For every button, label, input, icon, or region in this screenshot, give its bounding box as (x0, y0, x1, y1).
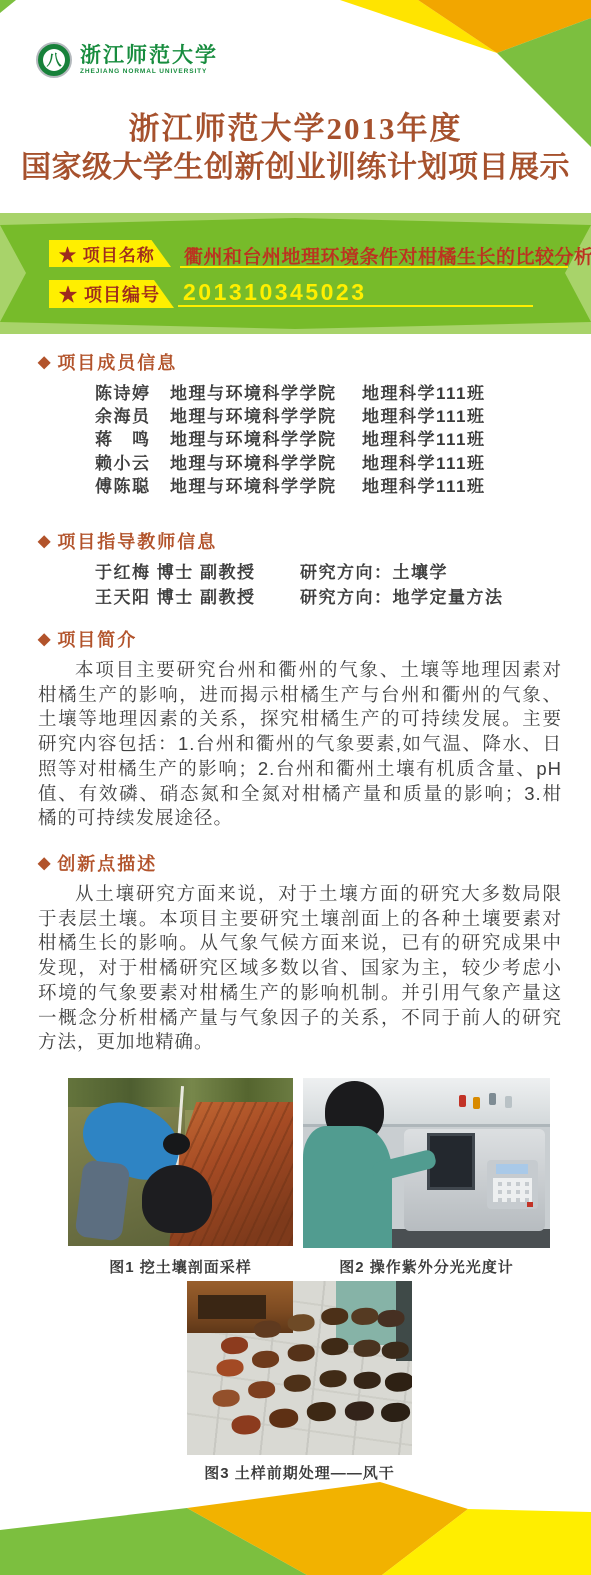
emblem-glyph: 八 (46, 53, 61, 68)
diamond-bullet-icon: ◆ (38, 352, 52, 374)
intro-body: 本项目主要研究台州和衢州的气象、土壤等地理因素对柑橘生产的影响，进而揭示柑橘生产… (38, 658, 562, 831)
advisor-name: 于红梅 博士 副教授 (95, 561, 300, 586)
figure-2-caption: 图2 操作紫外分光光度计 (303, 1256, 550, 1277)
figure-1: 图1 挖土壤剖面采样 (68, 1078, 293, 1246)
advisors-list: 于红梅 博士 副教授 研究方向：土壤学 王天阳 博士 副教授 研究方向：地学定量… (38, 561, 562, 610)
member-name: 赖小云 (95, 452, 170, 475)
advisors-heading-text: 项目指导教师信息 (57, 531, 217, 553)
member-row: 蒋 鸣 地理与环境科学学院 地理科学111班 (38, 428, 562, 451)
diamond-bullet-icon: ◆ (38, 531, 52, 553)
innovation-heading: ◆ 创新点描述 (38, 853, 562, 875)
figure-2: 图2 操作紫外分光光度计 (303, 1078, 550, 1248)
intro-heading-text: 项目简介 (57, 629, 137, 651)
member-name: 蒋 鸣 (95, 428, 170, 451)
members-heading: ◆ 项目成员信息 (38, 352, 562, 374)
innovation-heading-text: 创新点描述 (57, 853, 157, 875)
photo2-person-sweater (303, 1126, 392, 1248)
photo3-dark-corner (396, 1281, 412, 1361)
photo1-person-crouching (142, 1165, 212, 1232)
title-line-2: 国家级大学生创新创业训练计划项目展示 (0, 148, 591, 188)
member-row: 陈诗婷 地理与环境科学学院 地理科学111班 (38, 382, 562, 405)
photo2-lcd-display (496, 1164, 527, 1175)
intro-heading: ◆ 项目简介 (38, 629, 562, 651)
member-row: 傅陈聪 地理与环境科学学院 地理科学111班 (38, 475, 562, 498)
figure-3: 图3 土样前期处理——风干 (187, 1281, 412, 1455)
member-name: 余海员 (95, 405, 170, 428)
photo2-key-grid (493, 1178, 532, 1201)
member-college: 地理与环境科学学院 (170, 382, 362, 405)
advisor-direction: 研究方向：地学定量方法 (300, 586, 504, 611)
member-college: 地理与环境科学学院 (170, 475, 362, 498)
member-college: 地理与环境科学学院 (170, 428, 362, 451)
project-code-value: 201310345023 (183, 279, 367, 306)
university-emblem-icon: 八 (36, 42, 72, 78)
advisors-heading: ◆ 项目指导教师信息 (38, 531, 562, 553)
photo1-person-legs (75, 1159, 131, 1241)
member-class: 地理科学111班 (362, 382, 486, 405)
members-heading-text: 项目成员信息 (57, 352, 177, 374)
section-members: ◆ 项目成员信息 陈诗婷 地理与环境科学学院 地理科学111班 余海员 地理与环… (38, 352, 562, 498)
advisor-row: 王天阳 博士 副教授 研究方向：地学定量方法 (38, 586, 562, 611)
underline-project-name (180, 266, 568, 268)
section-intro: ◆ 项目简介 本项目主要研究台州和衢州的气象、土壤等地理因素对柑橘生产的影响，进… (38, 629, 562, 831)
project-name-label: ★ 项目名称 (49, 240, 171, 267)
project-name-value: 衢州和台州地理环境条件对柑橘生长的比较分析 (184, 242, 591, 269)
banner-ribbon (0, 213, 591, 334)
poster-title: 浙江师范大学2013年度 国家级大学生创新创业训练计划项目展示 (0, 110, 591, 188)
university-name-cn: 浙江师范大学 (80, 44, 218, 66)
figure-1-caption: 图1 挖土壤剖面采样 (68, 1256, 293, 1277)
member-class: 地理科学111班 (362, 428, 486, 451)
figure-3-caption: 图3 土样前期处理——风干 (187, 1462, 412, 1483)
photo2-keypad (487, 1160, 538, 1209)
members-list: 陈诗婷 地理与环境科学学院 地理科学111班 余海员 地理与环境科学学院 地理科… (38, 382, 562, 498)
member-class: 地理科学111班 (362, 405, 486, 428)
advisor-direction: 研究方向：土壤学 (300, 561, 448, 586)
section-innovation: ◆ 创新点描述 从土壤研究方面来说，对于土壤方面的研究大多数局限于表层土壤。本项… (38, 853, 562, 1055)
poster: 八 浙江师范大学 ZHEJIANG NORMAL UNIVERSITY 浙江师范… (0, 0, 591, 1575)
innovation-body: 从土壤研究方面来说，对于土壤方面的研究大多数局限于表层土壤。本项目主要研究土壤剖… (38, 882, 562, 1055)
photo-soil-drying (187, 1281, 412, 1455)
member-college: 地理与环境科学学院 (170, 405, 362, 428)
member-row: 余海员 地理与环境科学学院 地理科学111班 (38, 405, 562, 428)
photo2-spectrophotometer-body (404, 1129, 545, 1231)
member-name: 陈诗婷 (95, 382, 170, 405)
title-line-1: 浙江师范大学2013年度 (0, 110, 591, 148)
university-name-en: ZHEJIANG NORMAL UNIVERSITY (80, 68, 218, 75)
project-banner: ★ 项目名称 衢州和台州地理环境条件对柑橘生长的比较分析 ★ 项目编号 2013… (0, 213, 591, 334)
underline-project-code (178, 305, 533, 307)
section-advisors: ◆ 项目指导教师信息 于红梅 博士 副教授 研究方向：土壤学 王天阳 博士 副教… (38, 531, 562, 610)
emblem-inner-circle: 八 (43, 49, 65, 71)
advisor-name: 王天阳 博士 副教授 (95, 586, 300, 611)
member-class: 地理科学111班 (362, 452, 486, 475)
photo3-teal-door (336, 1281, 397, 1345)
photo1-person-head (163, 1133, 190, 1155)
advisor-row: 于红梅 博士 副教授 研究方向：土壤学 (38, 561, 562, 586)
university-logo: 八 浙江师范大学 ZHEJIANG NORMAL UNIVERSITY (36, 42, 218, 78)
university-name-block: 浙江师范大学 ZHEJIANG NORMAL UNIVERSITY (80, 42, 218, 75)
photo-soil-sampling (68, 1078, 293, 1246)
member-name: 傅陈聪 (95, 475, 170, 498)
photo2-red-key (527, 1202, 533, 1206)
photo3-cabinet-shelf (198, 1295, 266, 1319)
member-row: 赖小云 地理与环境科学学院 地理科学111班 (38, 452, 562, 475)
diamond-bullet-icon: ◆ (38, 853, 52, 875)
project-code-label: ★ 项目编号 (49, 280, 174, 308)
figures-row: 图1 挖土壤剖面采样 图2 操作紫 (0, 1078, 591, 1288)
photo-spectrophotometer (303, 1078, 550, 1248)
diamond-bullet-icon: ◆ (38, 629, 52, 651)
member-class: 地理科学111班 (362, 475, 486, 498)
member-college: 地理与环境科学学院 (170, 452, 362, 475)
photo2-reagent-bottles (459, 1095, 466, 1107)
footer-decoration (0, 1482, 591, 1575)
